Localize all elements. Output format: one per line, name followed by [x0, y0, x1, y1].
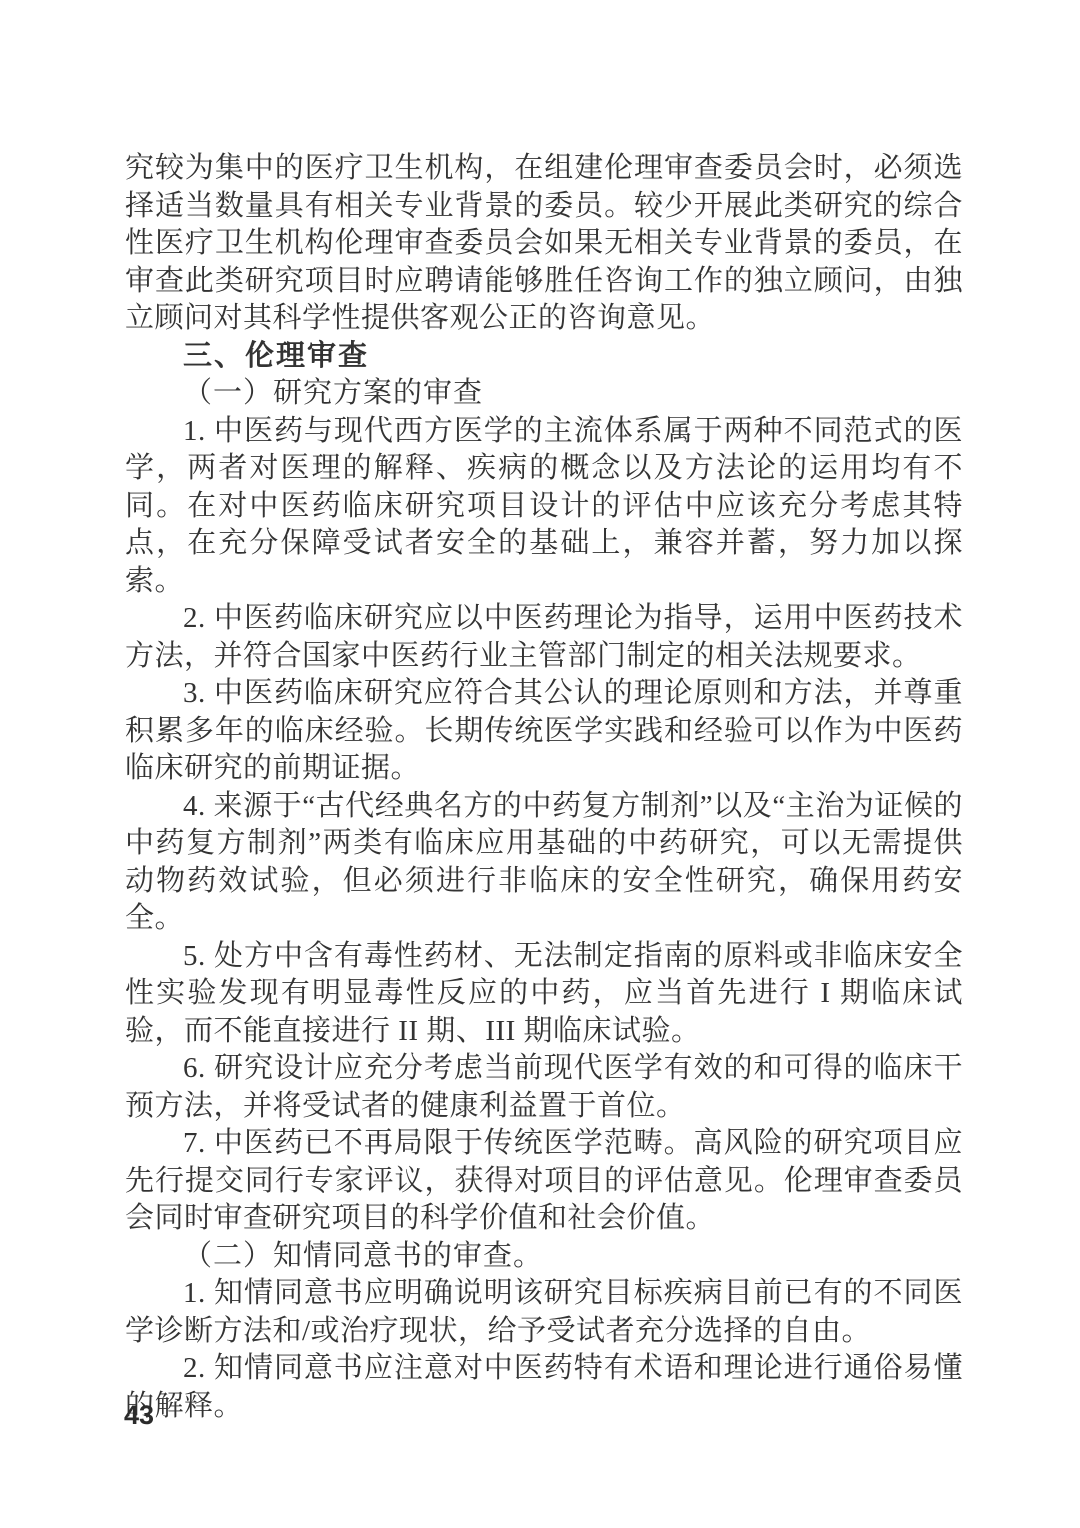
numbered-item-consent-2: 2. 知情同意书应注意对中医药特有术语和理论进行通俗易懂的解释。 [125, 1350, 963, 1425]
document-body: 究较为集中的医疗卫生机构，在组建伦理审查委员会时，必须选择适当数量具有相关专业背… [125, 150, 963, 1425]
continued-paragraph: 究较为集中的医疗卫生机构，在组建伦理审查委员会时，必须选择适当数量具有相关专业背… [125, 150, 963, 338]
numbered-item-consent-1: 1. 知情同意书应明确说明该研究目标疾病目前已有的不同医学诊断方法和/或治疗现状… [125, 1275, 963, 1350]
numbered-item-4: 4. 来源于“古代经典名方的中药复方制剂”以及“主治为证候的中药复方制剂”两类有… [125, 788, 963, 938]
numbered-item-6: 6. 研究设计应充分考虑当前现代医学有效的和可得的临床干预方法，并将受试者的健康… [125, 1050, 963, 1125]
subsection-heading-informed-consent-review: （二）知情同意书的审查。 [125, 1238, 963, 1276]
subsection-heading-protocol-review: （一）研究方案的审查 [125, 375, 963, 413]
document-page: 究较为集中的医疗卫生机构，在组建伦理审查委员会时，必须选择适当数量具有相关专业背… [0, 0, 1080, 1528]
numbered-item-2: 2. 中医药临床研究应以中医药理论为指导，运用中医药技术方法，并符合国家中医药行… [125, 600, 963, 675]
numbered-item-5: 5. 处方中含有毒性药材、无法制定指南的原料或非临床安全性实验发现有明显毒性反应… [125, 938, 963, 1051]
numbered-item-7: 7. 中医药已不再局限于传统医学范畴。高风险的研究项目应先行提交同行专家评议，获… [125, 1125, 963, 1238]
page-number: 43 [124, 1400, 154, 1431]
numbered-item-1: 1. 中医药与现代西方医学的主流体系属于两种不同范式的医学，两者对医理的解释、疾… [125, 413, 963, 601]
numbered-item-3: 3. 中医药临床研究应符合其公认的理论原则和方法，并尊重积累多年的临床经验。长期… [125, 675, 963, 788]
section-heading-ethics-review: 三、伦理审查 [125, 338, 963, 376]
